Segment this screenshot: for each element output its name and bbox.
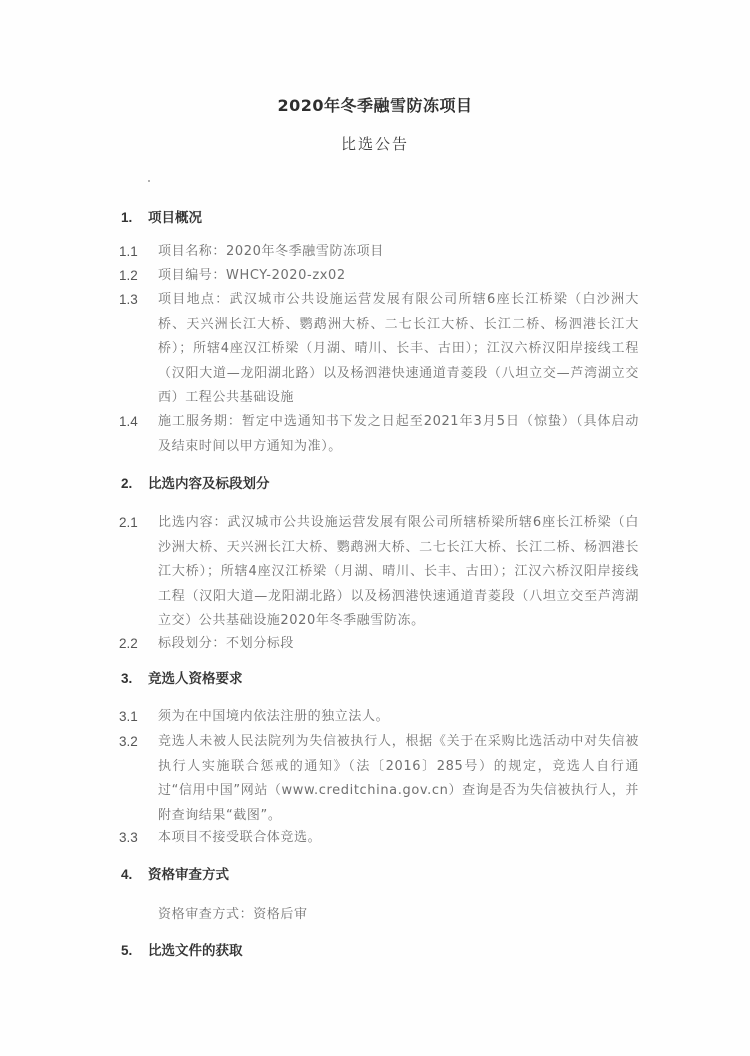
clause-1-2: 1.2 项目编号：WHCY-2020-zx02 — [119, 264, 639, 289]
clause-text: 项目名称：2020年冬季融雪防冻项目 — [158, 240, 639, 265]
clause-text: 须为在中国境内依法注册的独立法人。 — [158, 705, 639, 730]
clause-3-1: 3.1 须为在中国境内依法注册的独立法人。 — [119, 705, 639, 730]
clause-3-2: 3.2 竞选人未被人民法院列为失信被执行人，根据《关于在采购比选活动中对失信被执… — [119, 730, 639, 828]
section-number: 5. — [121, 943, 148, 958]
section-heading-4: 4.资格审查方式 — [121, 863, 229, 883]
clause-1-4: 1.4 施工服务期：暂定中选通知书下发之日起至2021年3月5日（惊蛰）（具体启… — [119, 410, 639, 459]
clause-text: 施工服务期：暂定中选通知书下发之日起至2021年3月5日（惊蛰）（具体启动及结束… — [158, 410, 639, 459]
clause-number: 3.1 — [119, 705, 155, 730]
document-page: 2020年冬季融雪防冻项目 比选公告 1.项目概况 1.1 项目名称：2020年… — [0, 0, 750, 1056]
scan-speck — [148, 180, 150, 182]
clause-number: 2.1 — [119, 511, 155, 536]
section-heading-3: 3.竞选人资格要求 — [121, 667, 243, 687]
section-heading-5: 5.比选文件的获取 — [121, 939, 243, 959]
clause-1-1: 1.1 项目名称：2020年冬季融雪防冻项目 — [119, 240, 639, 265]
clause-text: 竞选人未被人民法院列为失信被执行人，根据《关于在采购比选活动中对失信被执行人实施… — [158, 730, 639, 828]
section-title: 比选文件的获取 — [148, 943, 243, 959]
clause-text: 本项目不接受联合体竞选。 — [158, 826, 639, 851]
clause-2-2: 2.2 标段划分：不划分标段 — [119, 632, 639, 657]
section-number: 2. — [121, 476, 148, 491]
clause-text: 比选内容：武汉城市公共设施运营发展有限公司所辖桥梁所辖6座长江桥梁（白沙洲大桥、… — [158, 511, 639, 634]
section-title: 竞选人资格要求 — [148, 671, 243, 687]
clause-text: 项目地点：武汉城市公共设施运营发展有限公司所辖6座长江桥梁（白沙洲大桥、天兴洲长… — [158, 288, 639, 411]
document-title: 2020年冬季融雪防冻项目 — [0, 93, 750, 116]
clause-1-3: 1.3 项目地点：武汉城市公共设施运营发展有限公司所辖6座长江桥梁（白沙洲大桥、… — [119, 288, 639, 411]
clause-number: 3.2 — [119, 730, 155, 755]
section-number: 3. — [121, 671, 148, 686]
clause-number: 1.1 — [119, 240, 155, 265]
clause-text: 标段划分：不划分标段 — [158, 632, 639, 657]
section-title: 项目概况 — [148, 210, 202, 226]
clause-number: 3.3 — [119, 826, 155, 851]
clause-number: 1.4 — [119, 410, 155, 435]
section-heading-2: 2.比选内容及标段划分 — [121, 472, 270, 492]
document-subtitle: 比选公告 — [0, 133, 750, 154]
clause-number: 2.2 — [119, 632, 155, 657]
clause-number: 1.2 — [119, 264, 155, 289]
section-4-body: 资格审查方式：资格后审 — [158, 903, 308, 922]
clause-text: 项目编号：WHCY-2020-zx02 — [158, 264, 639, 289]
clause-number: 1.3 — [119, 288, 155, 313]
clause-2-1: 2.1 比选内容：武汉城市公共设施运营发展有限公司所辖桥梁所辖6座长江桥梁（白沙… — [119, 511, 639, 634]
section-heading-1: 1.项目概况 — [121, 206, 202, 226]
section-number: 1. — [121, 210, 148, 225]
section-number: 4. — [121, 867, 148, 882]
clause-3-3: 3.3 本项目不接受联合体竞选。 — [119, 826, 639, 851]
section-title: 比选内容及标段划分 — [148, 476, 270, 492]
section-title: 资格审查方式 — [148, 867, 229, 883]
